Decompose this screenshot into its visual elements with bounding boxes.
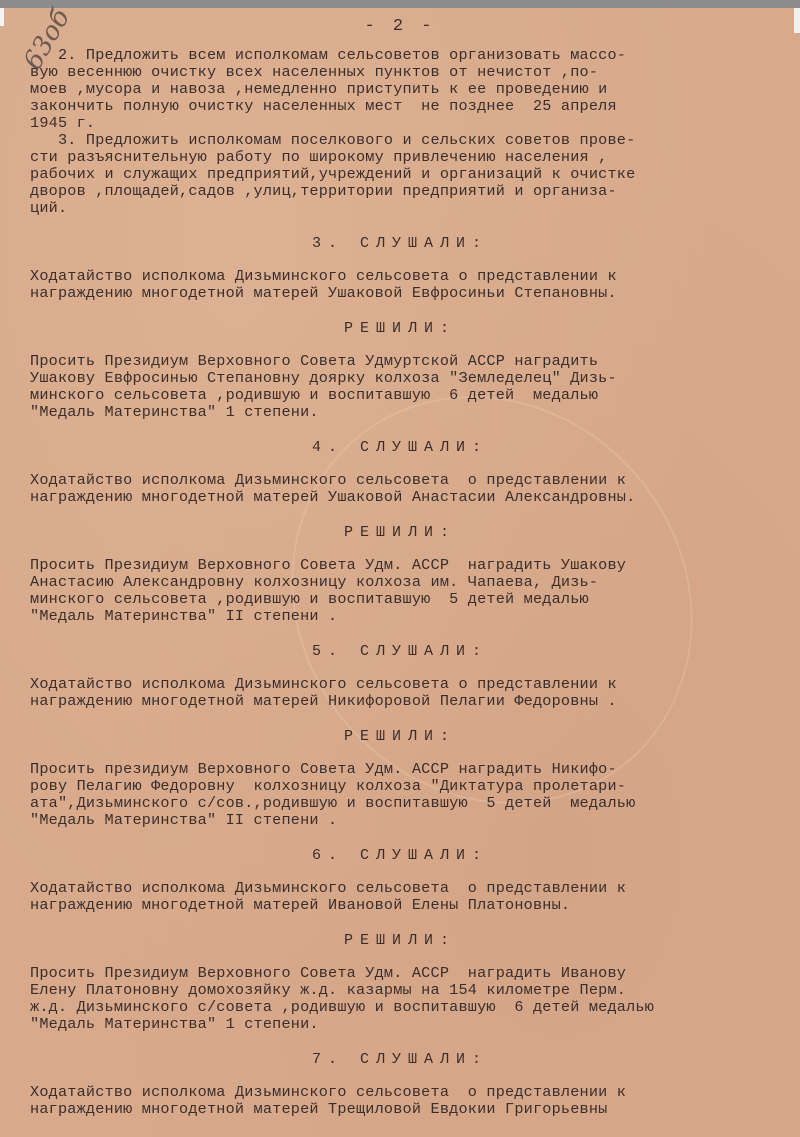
text-line: моев ,мусора и навоза ,немедленно присту… xyxy=(30,81,770,98)
scan-left-edge xyxy=(0,8,4,26)
text-line: "Медаль Материнства" II степени . xyxy=(30,812,770,829)
paragraph: 3. Предложить исполкомам поселкового и с… xyxy=(30,132,770,217)
paragraph: Просить Президиум Верховного Совета Удм.… xyxy=(30,557,770,625)
text-line: ж.д. Дизьминского с/совета ,родившую и в… xyxy=(30,999,770,1016)
text-line: награждению многодетной матерей Ивановой… xyxy=(30,897,770,914)
text-line: Ходатайство исполкома Дизьминского сельс… xyxy=(30,1084,770,1101)
protocol-body: 2. Предложить всем исполкомам сельсовето… xyxy=(30,47,770,1118)
paragraph: Просить президиум Верховного Совета Удм.… xyxy=(30,761,770,829)
paragraph: Просить Президиум Верховного Совета Удму… xyxy=(30,353,770,421)
section-heading: 6. СЛУШАЛИ: xyxy=(30,847,770,864)
text-line: "Медаль Материнства" II степени . xyxy=(30,608,770,625)
text-line: "Медаль Материнства" 1 степени. xyxy=(30,1016,770,1033)
text-line: Ушакову Евфросинью Степановну доярку кол… xyxy=(30,370,770,387)
text-line: рову Пелагию Федоровну колхозницу колхоз… xyxy=(30,778,770,795)
text-line: Ходатайство исполкома Дизьминского сельс… xyxy=(30,676,770,693)
paragraph: Просить Президиум Верховного Совета Удм.… xyxy=(30,965,770,1033)
paragraph: Ходатайство исполкома Дизьминского сельс… xyxy=(30,268,770,302)
text-line: награждению многодетной матерей Ушаковой… xyxy=(30,489,770,506)
text-line: ата",Дизьминского с/сов.,родившую и восп… xyxy=(30,795,770,812)
paragraph: Ходатайство исполкома Дизьминского сельс… xyxy=(30,676,770,710)
text-line: ций. xyxy=(30,200,770,217)
text-line: награждению многодетной матерей Никифоро… xyxy=(30,693,770,710)
text-line: дворов ,площадей,садов ,улиц,территории … xyxy=(30,183,770,200)
text-line: Ходатайство исполкома Дизьминского сельс… xyxy=(30,268,770,285)
text-line: 3. Предложить исполкомам поселкового и с… xyxy=(30,132,770,149)
section-heading: РЕШИЛИ: xyxy=(30,728,770,745)
typewritten-protocol: - 2 - 2. Предложить всем исполкомам сель… xyxy=(30,18,770,1118)
section-heading: РЕШИЛИ: xyxy=(30,320,770,337)
section-heading: 7. СЛУШАЛИ: xyxy=(30,1051,770,1068)
paragraph: Ходатайство исполкома Дизьминского сельс… xyxy=(30,1084,770,1118)
text-line: Просить президиум Верховного Совета Удм.… xyxy=(30,761,770,778)
scan-right-edge xyxy=(794,8,800,33)
text-line: 1945 г. xyxy=(30,115,770,132)
text-line: минского сельсовета ,родившую и воспитав… xyxy=(30,591,770,608)
section-heading: 5. СЛУШАЛИ: xyxy=(30,643,770,660)
text-line: "Медаль Материнства" 1 степени. xyxy=(30,404,770,421)
section-heading: РЕШИЛИ: xyxy=(30,932,770,949)
text-line: Просить Президиум Верховного Совета Удму… xyxy=(30,353,770,370)
text-line: вую весеннюю очистку всех населенных пун… xyxy=(30,64,770,81)
text-line: рабочих и служащих предприятий,учреждени… xyxy=(30,166,770,183)
text-line: минского сельсовета ,родившую и воспитав… xyxy=(30,387,770,404)
text-line: Анастасию Александровну колхозницу колхо… xyxy=(30,574,770,591)
text-line: сти разъяснительную работу по широкому п… xyxy=(30,149,770,166)
text-line: Ходатайство исполкома Дизьминского сельс… xyxy=(30,472,770,489)
section-heading: РЕШИЛИ: xyxy=(30,524,770,541)
text-line: награждению многодетной матерей Трещилов… xyxy=(30,1101,770,1118)
text-line: Просить Президиум Верховного Совета Удм.… xyxy=(30,965,770,982)
scan-top-border xyxy=(0,0,800,8)
section-heading: 3. СЛУШАЛИ: xyxy=(30,235,770,252)
text-line: закончить полную очистку населенных мест… xyxy=(30,98,770,115)
section-heading: 4. СЛУШАЛИ: xyxy=(30,439,770,456)
page-number: - 2 - xyxy=(30,18,770,35)
text-line: Ходатайство исполкома Дизьминского сельс… xyxy=(30,880,770,897)
text-line: Елену Платоновну домохозяйку ж.д. казарм… xyxy=(30,982,770,999)
paragraph: 2. Предложить всем исполкомам сельсовето… xyxy=(30,47,770,132)
paragraph: Ходатайство исполкома Дизьминского сельс… xyxy=(30,880,770,914)
text-line: награждению многодетной матерей Ушаковой… xyxy=(30,285,770,302)
text-line: 2. Предложить всем исполкомам сельсовето… xyxy=(30,47,770,64)
text-line: Просить Президиум Верховного Совета Удм.… xyxy=(30,557,770,574)
paragraph: Ходатайство исполкома Дизьминского сельс… xyxy=(30,472,770,506)
